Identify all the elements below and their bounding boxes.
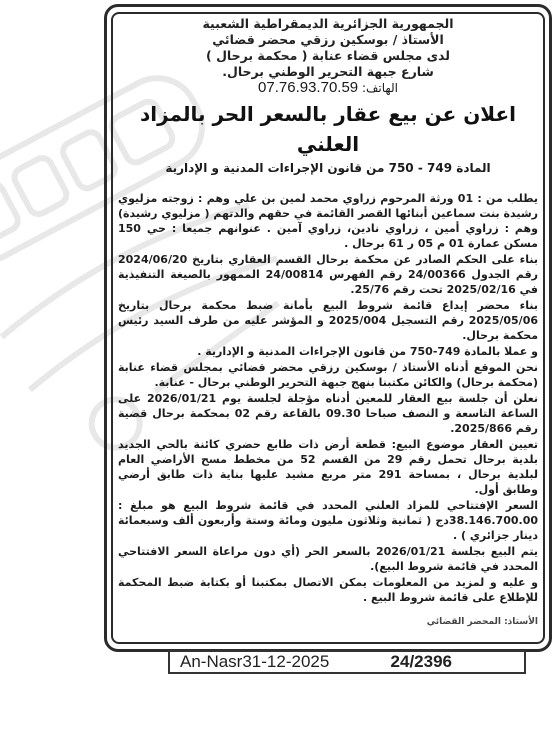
paragraph-free-price: يتم البيع بجلسة 2026/01/21 بالسعر الحر (… <box>118 544 538 574</box>
publication-footer: An-Nasr31-12-2025 24/2396 <box>168 650 526 674</box>
paragraph-bailiff: نحن الموقع أدناه الأستاذ / بوسكين رزقي م… <box>118 360 538 390</box>
paragraph-session: نعلن أن جلسة بيع العقار للمعين أدناه مؤج… <box>118 391 538 436</box>
paragraph-opening-price: السعر الإفتتاحي للمزاد العلني المحدد في … <box>118 498 538 543</box>
publication-reference: 24/2396 <box>391 652 452 672</box>
header-line-republic: الجمهورية الجزائرية الديمقراطية الشعبية <box>118 16 538 32</box>
notice-subtitle: المادة 749 - 750 من قانون الإجراءات المد… <box>118 159 538 177</box>
paragraph-property: تعيين العقار موضوع البيع: قطعة أرض ذات ط… <box>118 437 538 497</box>
header-line-bailiff: الأستاذ / بوسكين رزقي محضر قضائي <box>118 32 538 48</box>
phone-label: الهاتف: <box>362 81 398 95</box>
paragraph-deposit: بناء محضر إيداع قائمة شروط البيع بأمانة … <box>118 298 538 343</box>
signature: الأستاذ: المحضر القضائي <box>118 617 538 627</box>
legal-notice: الجمهورية الجزائرية الديمقراطية الشعبية … <box>118 16 538 627</box>
paragraph-legal-basis: و عملا بالمادة 749-750 من قانون الإجراءا… <box>118 344 538 359</box>
paragraph-contact: و عليه و لمزيد من المعلومات يمكن الاتصال… <box>118 575 538 605</box>
notice-body: يطلب من : 01 ورثة المرحوم زراوي محمد لمي… <box>118 191 538 627</box>
notice-title: اعلان عن بيع عقار بالسعر الحر بالمزاد ال… <box>118 99 538 159</box>
phone-number: 07.76.93.70.59 <box>258 79 358 96</box>
paragraph-requesters: يطلب من : 01 ورثة المرحوم زراوي محمد لمي… <box>118 191 538 251</box>
header-phone: الهاتف: 07.76.93.70.59 <box>118 80 538 96</box>
header-line-court: لدى مجلس قضاء عنابة ( محكمة برحال ) <box>118 48 538 64</box>
paragraph-judgment: بناء على الحكم الصادر عن محكمة برحال الق… <box>118 252 538 297</box>
header-line-address: شارع جبهة التحرير الوطني برحال. <box>118 64 538 80</box>
publication-date: An-Nasr31-12-2025 <box>180 652 329 672</box>
